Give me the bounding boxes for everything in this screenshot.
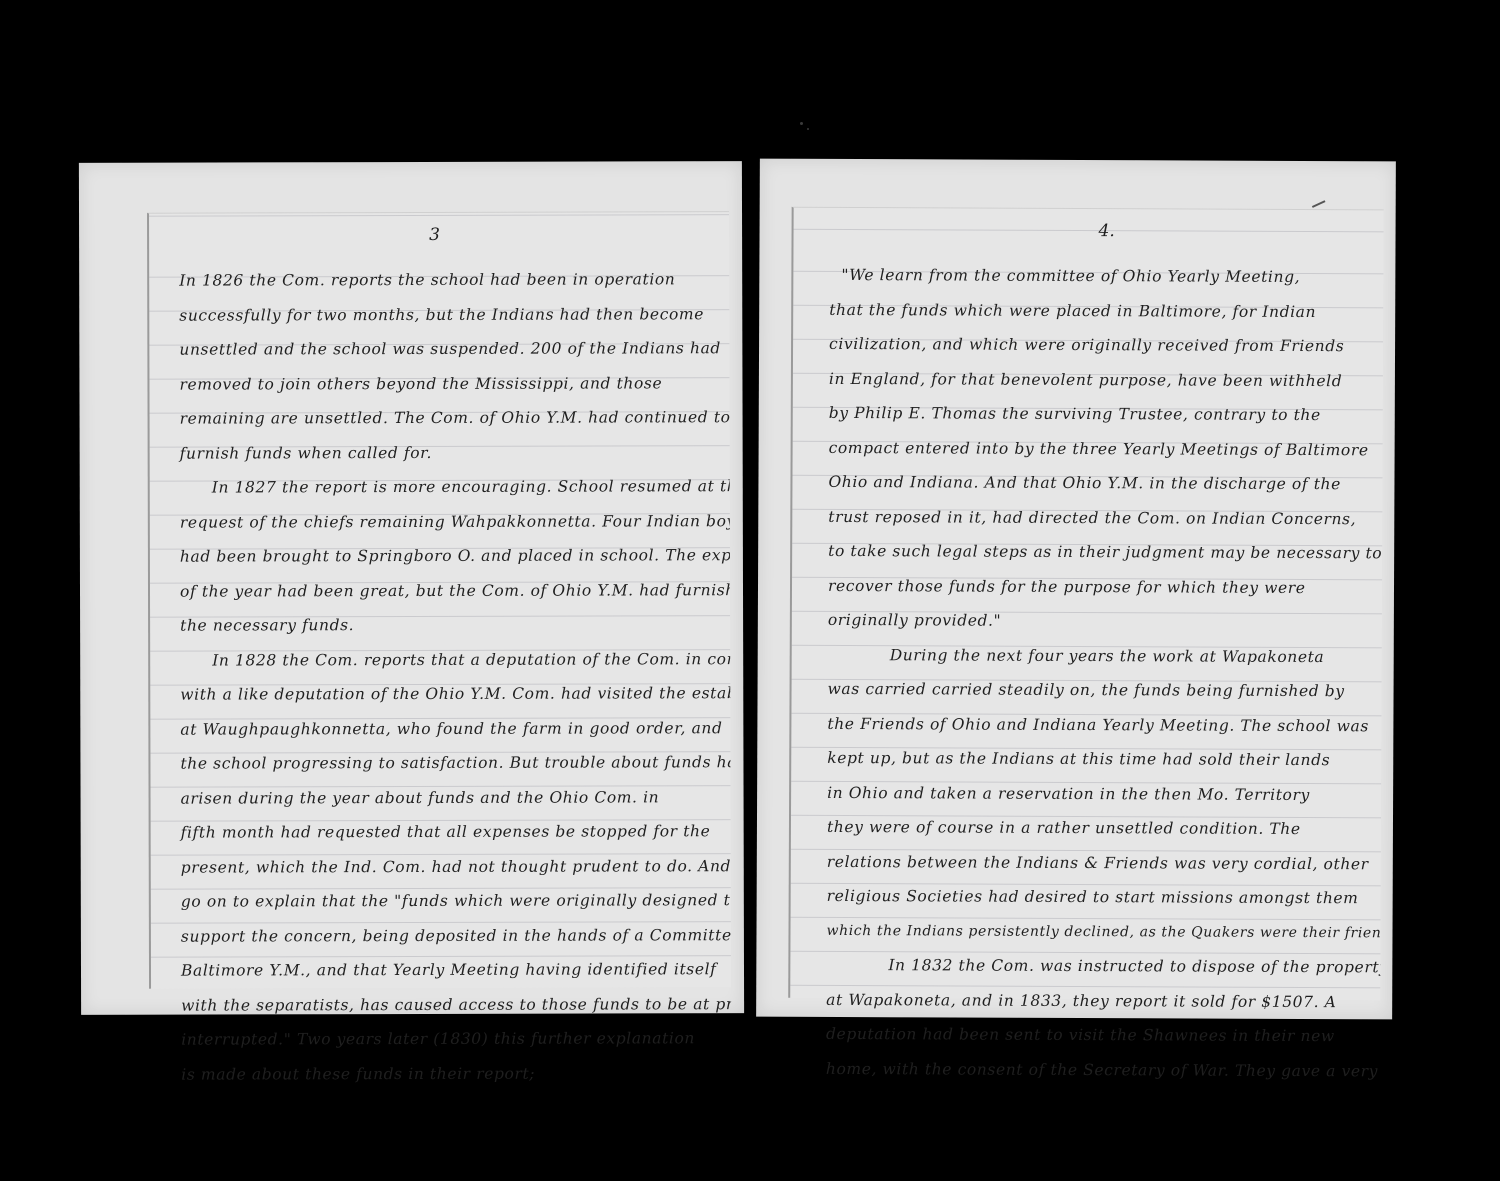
text-line: interrupted." Two years later (1830) thi… xyxy=(151,1021,731,1057)
ruled-sheet: 3 In 1826 the Com. reports the school ha… xyxy=(147,211,731,989)
text-line: present, which the Ind. Com. had not tho… xyxy=(151,849,731,885)
text-line: go on to explain that the "funds which w… xyxy=(151,883,731,919)
text-line: remaining are unsettled. The Com. of Ohi… xyxy=(150,400,730,436)
text-line: recover those funds for the purpose for … xyxy=(792,568,1382,605)
dust-speck xyxy=(800,122,803,125)
text-line: compact entered into by the three Yearly… xyxy=(793,430,1383,467)
text-line: relations between the Indians & Friends … xyxy=(791,844,1381,881)
text-line: fifth month had requested that all expen… xyxy=(151,814,731,850)
paragraph-start-line: In 1832 the Com. was instructed to dispo… xyxy=(790,948,1380,985)
text-line: Ohio and Indiana. And that Ohio Y.M. in … xyxy=(792,465,1382,502)
handwritten-text-block: "We learn from the committee of Ohio Yea… xyxy=(790,258,1384,1089)
text-line: that the funds which were placed in Balt… xyxy=(793,292,1383,329)
pencil-mark xyxy=(1312,200,1326,208)
text-line: the Friends of Ohio and Indiana Yearly M… xyxy=(791,706,1381,743)
handwritten-text-block: In 1826 the Com. reports the school had … xyxy=(149,262,731,1092)
text-line: In 1826 the Com. reports the school had … xyxy=(149,262,729,298)
dust-speck xyxy=(807,128,809,130)
text-line: request of the chiefs remaining Wahpakko… xyxy=(150,504,730,540)
paragraph-start-line: In 1827 the report is more encouraging. … xyxy=(150,469,730,505)
text-line: with a like deputation of the Ohio Y.M. … xyxy=(150,676,730,712)
text-line: kept up, but as the Indians at this time… xyxy=(791,741,1381,778)
quote-start-line: "We learn from the committee of Ohio Yea… xyxy=(793,258,1383,295)
text-line: they were of course in a rather unsettle… xyxy=(791,810,1381,847)
text-line: originally provided." xyxy=(792,603,1382,640)
manuscript-page-3: 3 In 1826 the Com. reports the school ha… xyxy=(79,161,744,1015)
paragraph-start-line: In 1828 the Com. reports that a deputati… xyxy=(150,642,730,678)
text-line: to take such legal steps as in their jud… xyxy=(792,534,1382,571)
scan-background: 3 In 1826 the Com. reports the school ha… xyxy=(0,0,1500,1181)
text-line: was carried carried steadily on, the fun… xyxy=(791,672,1381,709)
text-line: of the year had been great, but the Com.… xyxy=(150,573,730,609)
paragraph-start-line: During the next four years the work at W… xyxy=(792,637,1382,674)
text-line: deputation had been sent to visit the Sh… xyxy=(790,1017,1380,1054)
text-line: by Philip E. Thomas the surviving Truste… xyxy=(793,396,1383,433)
text-line: home, with the consent of the Secretary … xyxy=(790,1051,1380,1088)
text-line: removed to join others beyond the Missis… xyxy=(149,366,729,402)
text-line: successfully for two months, but the Ind… xyxy=(149,297,729,333)
text-line: arisen during the year about funds and t… xyxy=(151,780,731,816)
text-line: is made about these funds in their repor… xyxy=(151,1056,731,1092)
page-number: 3 xyxy=(429,225,440,245)
text-line: in Ohio and taken a reservation in the t… xyxy=(791,775,1381,812)
text-line: had been brought to Springboro O. and pl… xyxy=(150,538,730,574)
ruled-sheet: 4. "We learn from the committee of Ohio … xyxy=(788,207,1383,1001)
text-line: at Waughpaughkonnetta, who found the far… xyxy=(150,711,730,747)
text-line: with the separatists, has caused access … xyxy=(151,987,731,1023)
text-line: furnish funds when called for. xyxy=(150,435,730,471)
text-line: civilization, and which were originally … xyxy=(793,327,1383,364)
text-line: trust reposed in it, had directed the Co… xyxy=(792,499,1382,536)
manuscript-page-4: 4. "We learn from the committee of Ohio … xyxy=(756,159,1396,1020)
page-number: 4. xyxy=(1099,221,1115,241)
text-line: at Wapakoneta, and in 1833, they report … xyxy=(790,982,1380,1019)
text-line: support the concern, being deposited in … xyxy=(151,918,731,954)
text-line: the school progressing to satisfaction. … xyxy=(150,745,730,781)
text-line: in England, for that benevolent purpose,… xyxy=(793,361,1383,398)
text-line: the necessary funds. xyxy=(150,607,730,643)
text-line: religious Societies had desired to start… xyxy=(791,879,1381,916)
text-line: unsettled and the school was suspended. … xyxy=(149,331,729,367)
text-line: which the Indians persistently declined,… xyxy=(790,913,1380,950)
text-line: Baltimore Y.M., and that Yearly Meeting … xyxy=(151,952,731,988)
